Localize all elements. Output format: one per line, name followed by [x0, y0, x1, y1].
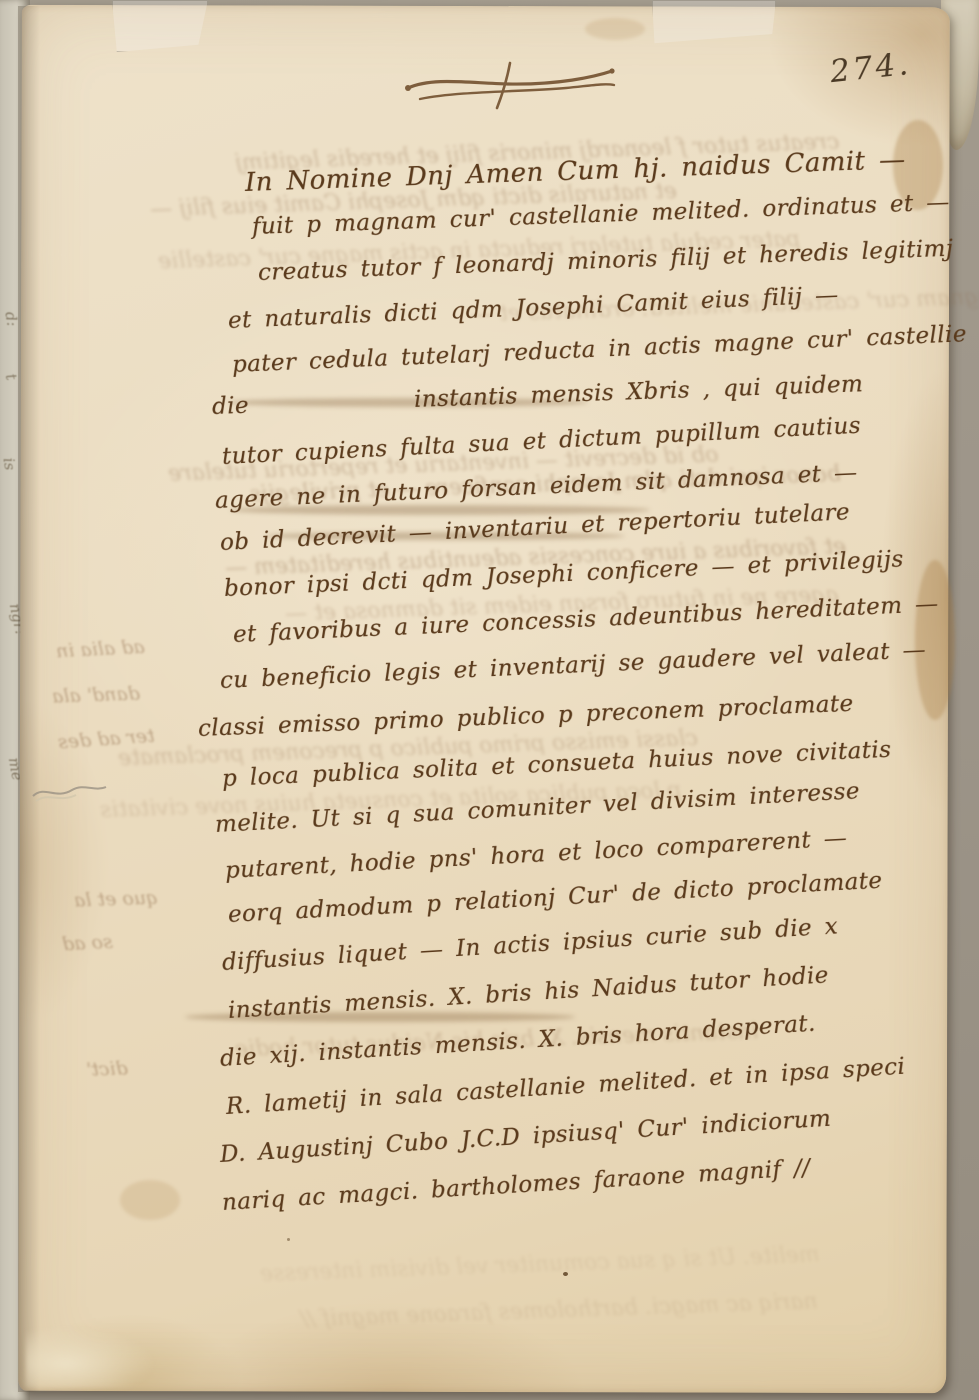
- manuscript-photo: d: t is ngr: me 274. creatus tutor f leo…: [0, 0, 979, 1400]
- tape-tab: [112, 0, 208, 52]
- ink-speck: [287, 1238, 290, 1241]
- strip-fragment: d:: [1, 310, 21, 328]
- paper-crease: [30, 776, 110, 810]
- margin-fragment: so ad: [61, 931, 113, 956]
- margin-fragment: dict': [86, 1057, 128, 1080]
- foxing-stain: [120, 1180, 180, 1220]
- chipped-corner: [26, 1326, 156, 1388]
- margin-fragment: ad alia in: [55, 636, 145, 663]
- foxing-stain: [585, 18, 645, 40]
- strip-fragment: is: [0, 457, 19, 472]
- strip-fragment: t: [2, 372, 21, 382]
- cross-flourish-mark: [398, 58, 623, 114]
- margin-fragment: quo et la: [74, 887, 159, 912]
- margin-fragment: dand' ala: [52, 682, 141, 707]
- ink-speck: [563, 1272, 568, 1276]
